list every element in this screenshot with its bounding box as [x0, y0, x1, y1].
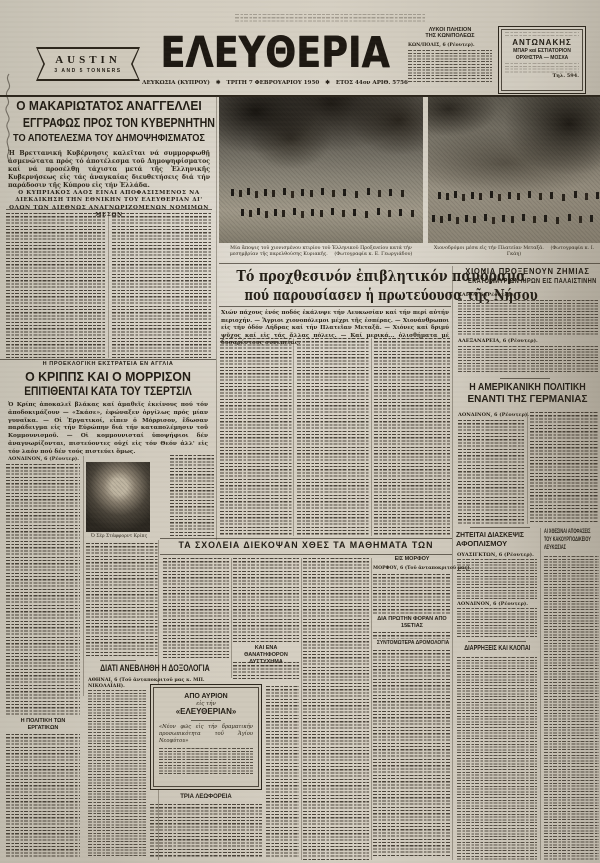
caption-text: Χιονοδρόμοι μέσα εἰς τήν Πλατεῖαν Μεταξᾶ…	[434, 246, 544, 251]
body-text	[159, 748, 253, 774]
column-divider	[216, 96, 217, 540]
body-text	[170, 455, 214, 536]
body-text	[112, 213, 212, 358]
photo-stafford-cripps	[86, 462, 150, 532]
body-text	[150, 804, 262, 858]
palestine-dateline-2: ΑΛΕΞΑΝΔΡΕΙΑ, 6 (Ρέουτερ).	[458, 338, 538, 344]
germany-headline-1: Η ΑΜΕΡΙΚΑΝΙΚΗ ΠΟΛΙΤΙΚΗ	[466, 382, 589, 393]
body-text	[266, 686, 299, 858]
crowd-figures	[438, 192, 441, 199]
section-rule	[219, 263, 600, 264]
column-divider	[231, 558, 232, 678]
schools-sub-first-time: ΔΙΑ ΠΡΩΤΗΝ ΦΟΡΑΝ ΑΠΟ 15ΕΤΙΑΣ	[373, 616, 451, 630]
burglaries-headline: ΔΙΑΡΡΗΞΕΙΣ ΚΑΙ ΚΛΟΠΑΙ	[464, 645, 530, 652]
morfou-dateline: ΜΟΡΦΟΥ, 6 (Τοῦ ἀνταποκριτοῦ μας).	[373, 566, 471, 571]
section-rule	[191, 720, 221, 721]
disarmament-headline-2: ΑΦΟΠΛΙΣΜΟΥ	[456, 540, 540, 548]
section-rule	[219, 306, 451, 307]
body-text	[163, 558, 229, 658]
section-rule	[0, 359, 216, 360]
photo-credit: (Φωτογραφία κ. Ε. Γεωργιάδου)	[329, 252, 412, 257]
schools-headline: ΤΑ ΣΧΟΛΕΙΑ ΔΙΕΚΟΨΑΝ ΧΘΕΣ ΤΑ ΜΑΘΗΜΑΤΑ ΤΩΝ	[163, 541, 449, 550]
court-headline-1: ΑΙ ΧΘΕΣΙΝΑΙ ΑΠΟΦΑΣΕΙΣ	[544, 529, 579, 536]
column-divider	[301, 558, 302, 860]
crowd-figures	[432, 215, 435, 222]
photo-right-caption: Χιονοδρόμοι μέσα εἰς τήν Πλατεῖαν Μεταξᾶ…	[428, 246, 600, 259]
section-rule	[500, 378, 550, 379]
wolves-dateline: ΚΩΝ/ΠΟΛΙΣ, 6 (Ρέουτερ).	[408, 43, 492, 48]
body-text	[530, 412, 598, 524]
scan-smudge	[235, 14, 425, 23]
body-text	[297, 338, 369, 536]
lead-headline-1: Ο ΜΑΚΑΡΙΩΤΑΤΟΣ ΑΝΑΓΓΕΛΛΕΙ	[12, 99, 205, 113]
lead-headline-2: ΕΓΓΡΑΦΩΣ ΠΡΟΣ ΤΟΝ ΚΥΒΕΡΝΗΤΗΝ	[23, 116, 195, 130]
crowd-figures	[241, 209, 244, 216]
newspaper-title: ΕΛΕΥΘΕΡΙΑ	[160, 30, 390, 78]
germany-headline-2: ΕΝΑΝΤΙ ΤΗΣ ΓΕΡΜΑΝΙΑΣ	[459, 394, 597, 405]
disarmament-dateline-1: ΟΥΑΣΙΓΚΤΩΝ, 6 (Ρέουτερ).	[457, 552, 534, 558]
section-rule	[100, 660, 136, 661]
antonakis-ad-box: ΑΝΤΩΝΑΚΗΣ ΜΠΑΡ καί ΕΣΤΙΑΤΟΡΙΟΝ ΟΡΧΗΣΤΡΑ …	[498, 26, 586, 94]
eleftheria-promo-box: ΑΠΟ ΑΥΡΙΟΝ εἰς τήν «ΕΛΕΥΘΕΡΙΑΝ» «Νέον φῶ…	[150, 684, 262, 790]
column-divider	[452, 266, 453, 860]
austin-ad-box: AUSTIN 3 AND 5 TONNERS	[36, 47, 140, 81]
masthead-date: ΤΡΙΤΗ 7 ΦΕΒΡΟΥΑΡΙΟΥ 1950	[227, 80, 320, 86]
masthead-dateline-row: ΛΕΥΚΩΣΙΑ (ΚΥΠΡΟΥ) ✱ ΤΡΙΤΗ 7 ΦΕΒΡΟΥΑΡΙΟΥ …	[140, 80, 410, 86]
column-divider	[540, 528, 541, 860]
body-text	[408, 50, 492, 82]
column-divider	[293, 338, 294, 536]
court-headline-3: ΛΕΥΚΩΣΙΑΣ	[544, 545, 579, 552]
column-divider	[83, 456, 84, 696]
body-text	[374, 338, 450, 536]
cripps-photo-caption: Ὁ Σέρ Στάφφορντ Κρίπς	[84, 534, 154, 539]
cripps-dateline: ΛΟΝΔΙΝΟΝ, 6 (Ρέουτερ).	[8, 456, 79, 462]
schools-sub-morfou: ΕΙΣ ΜΟΡΦΟΥ	[373, 557, 451, 563]
antonakis-name: ΑΝΤΩΝΑΚΗΣ	[505, 39, 579, 47]
body-text	[6, 734, 80, 858]
column-divider	[108, 213, 109, 358]
austin-subtitle: 3 AND 5 TONNERS	[38, 69, 138, 74]
disarmament-headline-1: ΖΗΤΕΙΤΑΙ ΔΙΑΣΚΕΨΙΣ	[456, 531, 532, 539]
masthead-place: ΛΕΥΚΩΣΙΑ (ΚΥΠΡΟΥ)	[142, 80, 210, 86]
wolves-brief: ΛΥΚΟΙ ΠΛΗΣΙΟΝ ΤΗΣ ΚΩΝ/ΠΟΛΕΩΣ ΚΩΝ/ΠΟΛΙΣ, …	[408, 28, 492, 82]
body-text	[458, 300, 598, 336]
promo-teaser: «Νέον φῶς εἰς τήν δραματικήν προσωπικότη…	[159, 724, 253, 745]
photo-left-caption: Μία ἄποψις τοῦ χιονισμένου κτιρίου τοῦ Ἑ…	[219, 246, 423, 259]
cripps-subhead: Ὁ Κρίπς ἀποκαλεῖ βλάκας καί ἀμαθεῖς ἐκεί…	[8, 402, 208, 457]
section-rule	[468, 641, 526, 642]
column-divider	[371, 558, 372, 860]
panorama-headline-2: πού παρουσίασεν ἡ πρωτεύουσα τῆς Νήσου	[245, 286, 426, 304]
newspaper-scan-page: AUSTIN 3 AND 5 TONNERS ΕΛΕΥΘΕΡΙΑ ΛΕΥΚΩΣΙ…	[0, 0, 600, 863]
body-text	[373, 632, 451, 639]
cripps-headline-1: Ο ΚΡΙΠΠΣ ΚΑΙ Ο ΜΟΡΡΙΣΟΝ	[7, 370, 208, 384]
disarmament-dateline-2: ΛΟΝΔΙΝΟΝ, 6 (Ρέουτερ).	[457, 601, 528, 607]
antonakis-line2: ΟΡΧΗΣΤΡΑ — ΜΟΣΧΑ	[505, 56, 579, 61]
photo-snow-consulate	[219, 97, 423, 243]
photo-snow-metaxas-square	[428, 97, 600, 243]
column-divider	[371, 338, 372, 536]
lead-headline-3: ΤΟ ΑΠΟΤΕΛΕΣΜΑ ΤΟΥ ΔΗΜΟΨΗΦΙΣΜΑΤΟΣ	[12, 134, 205, 145]
schools-sub-routes: ΣΥΝΤΟΜΩΤΕΡΑ ΔΡΟΜΟΛΟΓΙΑ	[377, 641, 447, 647]
body-text	[458, 420, 524, 524]
cripps-headline-2: ΕΠΙΤΙΘΕΝΤΑΙ ΚΑΤΑ ΤΟΥ ΤΣΕΡΤΣΙΛ	[18, 385, 198, 398]
ad-small-print	[505, 32, 579, 37]
masthead-issue: ΕΤΟΣ 44ον ΑΡΙΘ. 5756	[336, 80, 408, 86]
body-text	[6, 464, 80, 715]
antonakis-phone: Τηλ. 594.	[552, 73, 579, 79]
austin-brand: AUSTIN	[38, 55, 138, 67]
separator-star-icon: ✱	[212, 80, 225, 86]
palestine-headline-1: ΧΙΟΝΙΑ ΠΡΟΞΕΝΟΥΝ ΖΗΜΙΑΣ	[462, 267, 593, 276]
handwritten-mark	[1, 72, 17, 162]
panorama-headline-1: Τό προχθεσινόν ἐπιβλητικόν πανόραμα	[236, 267, 433, 285]
court-headline-2: ΤΟΥ ΚΑΚΟΥΡΓΙΟΔΙΚΕΙΟΥ	[544, 537, 579, 544]
section-rule	[470, 527, 530, 528]
cripps-sub-headline: Η ΠΟΛΙΤΙΚΗ ΤΩΝ ΕΡΓΑΤΙΚΩΝ	[6, 718, 80, 732]
cripps-kicker: Η ΠΡΟΕΚΛΟΓΙΚΗ ΕΚΣΤΡΑΤΕΙΑ ΕΝ ΑΓΓΛΙΑ	[0, 362, 216, 368]
antonakis-line1: ΜΠΑΡ καί ΕΣΤΙΑΤΟΡΙΟΝ	[505, 49, 579, 54]
body-text	[457, 657, 537, 860]
body-text	[457, 559, 537, 599]
body-text	[373, 574, 451, 614]
lead-subhead: Ἡ Βρεττανική Κυβέρνησις καλεῖται νά συμμ…	[8, 150, 210, 190]
section-rule	[160, 538, 452, 539]
separator-star-icon: ✱	[321, 80, 334, 86]
body-text	[303, 558, 369, 860]
wolves-headline-2: ΤΗΣ ΚΩΝ/ΠΟΛΕΩΣ	[408, 34, 492, 40]
germany-dateline: ΛΟΝΔΙΝΟΝ, 6 (Ρέουτερ).	[458, 412, 529, 418]
body-text	[233, 558, 299, 642]
palestine-headline-2: ΕΚΑΤΟΜΜΥΡΙΩΝ ΛΙΡΩΝ ΕΙΣ ΠΑΛΑΙΣΤΙΝΗΝ	[468, 278, 587, 285]
body-text	[457, 608, 537, 638]
section-rule	[6, 209, 212, 210]
section-rule	[160, 554, 452, 555]
body-text	[220, 338, 292, 536]
column-divider	[527, 412, 528, 524]
doxology-headline: ΔΙΑΤΙ ΑΝΕΒΛΗΘΗ Η ΔΟΞΟΛΟΓΙΑ	[100, 664, 200, 673]
promo-line1: ΑΠΟ ΑΥΡΙΟΝ	[159, 693, 253, 700]
body-text	[544, 556, 599, 860]
promo-line3: «ΕΛΕΥΘΕΡΙΑΝ»	[159, 708, 253, 716]
palestine-dateline-1: ΧΑΙΦΑ, 6 (Ρέουτερ).	[458, 292, 515, 298]
body-text	[6, 213, 106, 358]
crowd-figures	[231, 189, 234, 196]
body-text	[88, 690, 146, 858]
body-text	[86, 543, 158, 658]
ad-small-print	[505, 63, 579, 73]
schools-sub-buses: ΤΡΙΑ ΛΕΩΦΟΡΕΙΑ	[150, 794, 262, 800]
body-text	[458, 346, 598, 374]
body-text	[373, 650, 451, 858]
body-text	[233, 662, 299, 681]
